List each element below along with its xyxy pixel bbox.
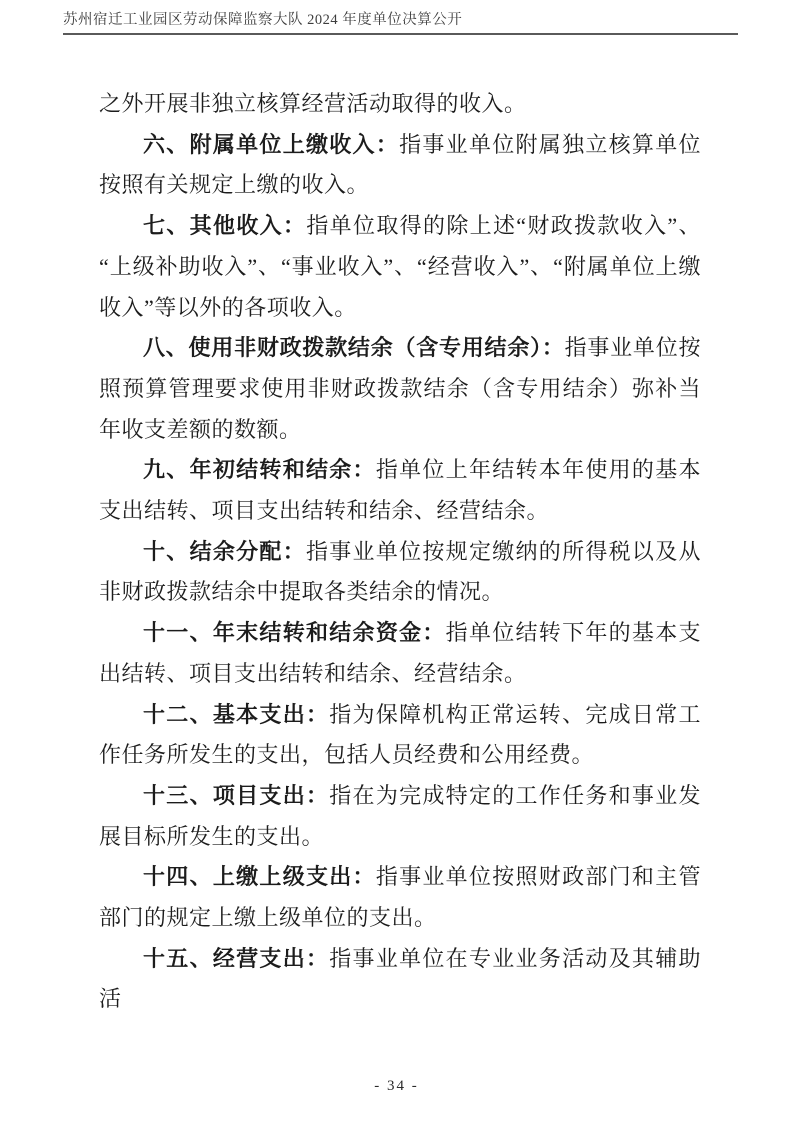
definition-paragraph: 十五、经营支出：指事业单位在专业业务活动及其辅助活 (99, 939, 701, 1020)
definition-paragraph: 六、附属单位上缴收入：指事业单位附属独立核算单位按照有关规定上缴的收入。 (99, 125, 701, 206)
term-label: 十四、上缴上级支出： (143, 864, 376, 889)
term-label: 十二、基本支出： (143, 702, 329, 727)
header-title: 苏州宿迁工业园区劳动保障监察大队 2024 年度单位决算公开 (63, 12, 462, 28)
term-label: 六、附属单位上缴收入： (143, 132, 399, 157)
definition-paragraph: 七、其他收入：指单位取得的除上述“财政拨款收入”、“上级补助收入”、“事业收入”… (99, 206, 701, 328)
continuation-paragraph: 之外开展非独立核算经营活动取得的收入。 (99, 84, 701, 125)
continuation-text: 之外开展非独立核算经营活动取得的收入。 (99, 91, 527, 116)
term-label: 十三、项目支出： (143, 783, 329, 808)
definition-paragraph: 九、年初结转和结余：指单位上年结转本年使用的基本支出结转、项目支出结转和结余、经… (99, 450, 701, 531)
page-number-text: - 34 - (374, 1078, 419, 1094)
term-label: 十、结余分配： (143, 539, 306, 564)
document-body: 之外开展非独立核算经营活动取得的收入。 六、附属单位上缴收入：指事业单位附属独立… (99, 84, 701, 1020)
definition-paragraph: 十四、上缴上级支出：指事业单位按照财政部门和主管部门的规定上缴上级单位的支出。 (99, 857, 701, 938)
document-page: 苏州宿迁工业园区劳动保障监察大队 2024 年度单位决算公开 之外开展非独立核算… (0, 0, 793, 1122)
definition-paragraph: 十三、项目支出：指在为完成特定的工作任务和事业发展目标所发生的支出。 (99, 776, 701, 857)
term-label: 七、其他收入： (143, 213, 306, 238)
definition-paragraph: 八、使用非财政拨款结余（含专用结余）：指事业单位按照预算管理要求使用非财政拨款结… (99, 328, 701, 450)
definition-paragraph: 十一、年末结转和结余资金：指单位结转下年的基本支出结转、项目支出结转和结余、经营… (99, 613, 701, 694)
definition-paragraph: 十、结余分配：指事业单位按规定缴纳的所得税以及从非财政拨款结余中提取各类结余的情… (99, 532, 701, 613)
definition-paragraph: 十二、基本支出：指为保障机构正常运转、完成日常工作任务所发生的支出，包括人员经费… (99, 695, 701, 776)
term-label: 十五、经营支出： (143, 946, 329, 971)
page-number: - 34 - (0, 1078, 793, 1095)
running-header: 苏州宿迁工业园区劳动保障监察大队 2024 年度单位决算公开 (63, 11, 738, 35)
term-label: 八、使用非财政拨款结余（含专用结余）： (143, 335, 565, 360)
term-label: 九、年初结转和结余： (143, 457, 376, 482)
term-label: 十一、年末结转和结余资金： (143, 620, 446, 645)
